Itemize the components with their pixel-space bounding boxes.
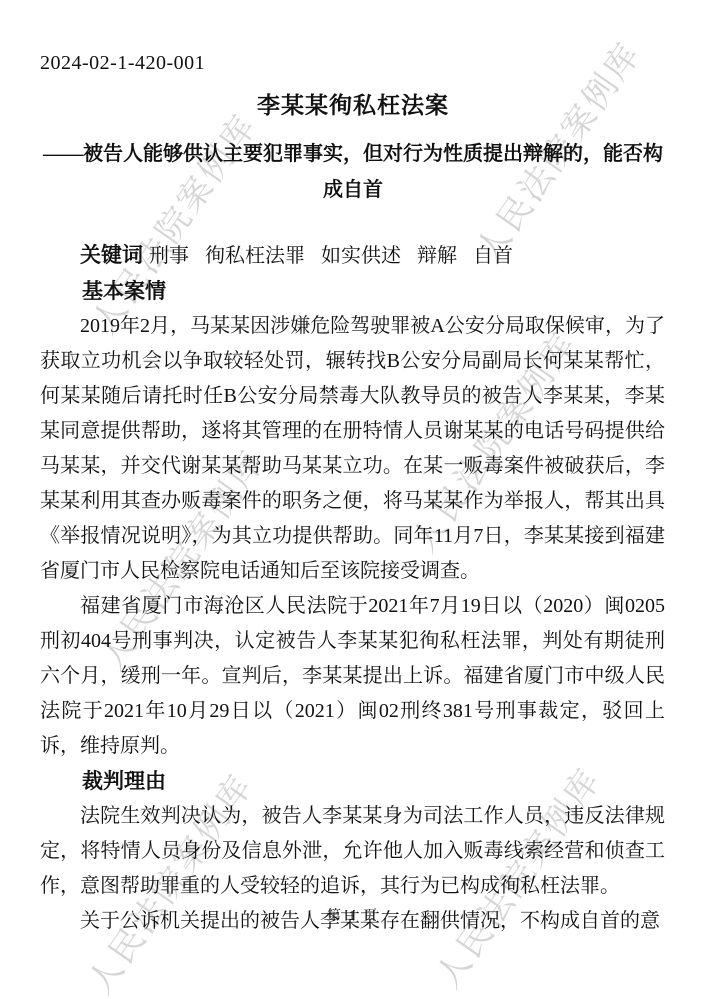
document-body: 2024-02-1-420-001 李某某徇私枉法案 ——被告人能够供认主要犯罪… — [0, 0, 706, 939]
document-page: 人民法院案例库 人民法院案例库 人民法院案例库 人民法院案例库 人民法院案例库 … — [0, 0, 706, 999]
keyword-term: 如实供述 — [321, 245, 401, 267]
footer-page-number: 第 1 页 — [0, 905, 706, 925]
case-subtitle: ——被告人能够供认主要犯罪事实，但对行为性质提出辩解的，能否构成自首 — [40, 136, 666, 208]
document-content: 关键词刑事徇私枉法罪如实供述辩解自首 基本案情 2019年2月，马某某因涉嫌危险… — [40, 238, 665, 939]
keyword-term: 辩解 — [417, 245, 457, 267]
doc-number: 2024-02-1-420-001 — [40, 0, 706, 75]
section-heading-judgment-reasons: 裁判理由 — [40, 764, 665, 799]
keywords-label: 关键词 — [80, 244, 143, 267]
keyword-term: 自首 — [473, 245, 513, 267]
paragraph-reasons-1: 法院生效判决认为，被告人李某某身为司法工作人员，违反法律规定，将特情人员身份及信… — [40, 799, 665, 904]
case-title: 李某某徇私枉法案 — [0, 87, 706, 120]
paragraph-facts-2: 福建省厦门市海沧区人民法院于2021年7月19日以（2020）闽0205刑初40… — [40, 589, 665, 764]
paragraph-facts-1: 2019年2月，马某某因涉嫌危险驾驶罪被A公安分局取保候审，为了获取立功机会以争… — [40, 309, 665, 589]
keyword-term: 刑事 — [149, 245, 189, 267]
section-heading-basic-facts: 基本案情 — [40, 274, 665, 309]
keywords-line: 关键词刑事徇私枉法罪如实供述辩解自首 — [40, 238, 665, 274]
keyword-term: 徇私枉法罪 — [205, 245, 305, 267]
